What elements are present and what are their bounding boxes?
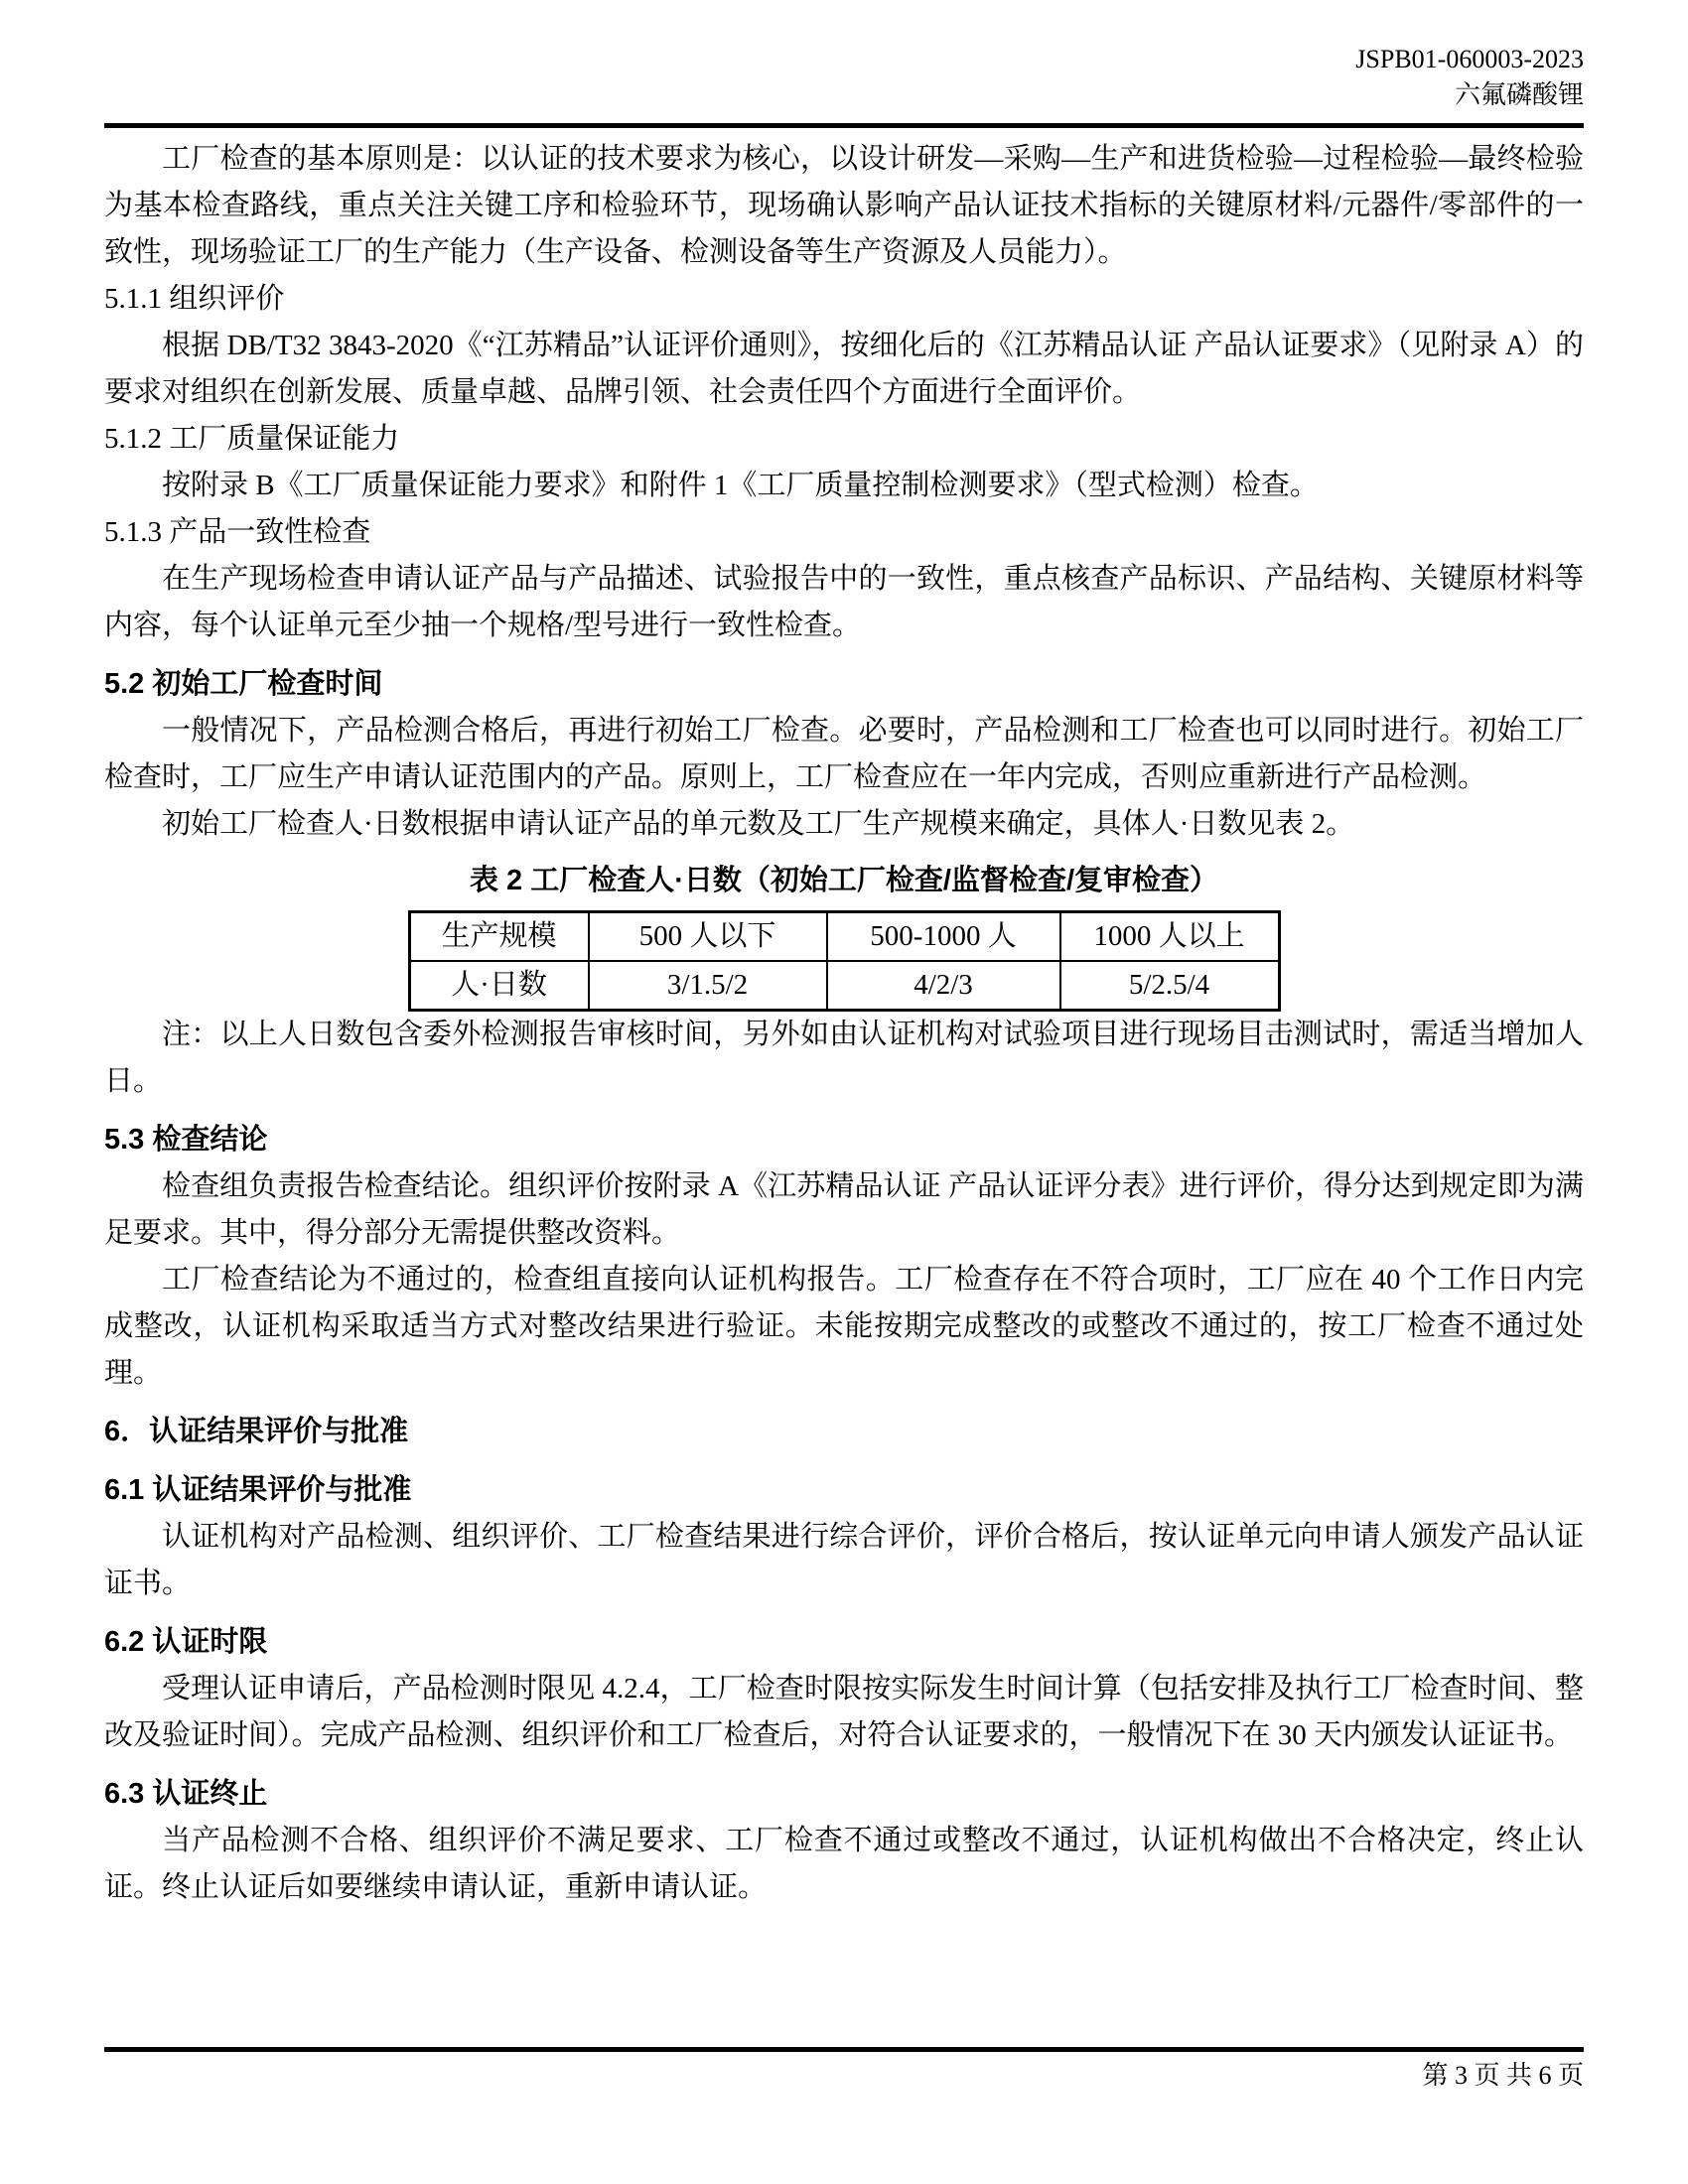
heading-6-1: 6.1 认证结果评价与批准 [104,1467,1584,1514]
document-page: JSPB01-060003-2023 六氟磷酸锂 工厂检查的基本原则是：以认证的… [104,0,1584,1911]
table-row-values: 人·日数 3/1.5/2 4/2/3 5/2.5/4 [409,961,1279,1011]
cell-value-500-1000: 4/2/3 [827,961,1060,1011]
paragraph-5-2-a: 一般情况下，产品检测合格后，再进行初始工厂检查。必要时，产品检测和工厂检查也可以… [104,708,1584,801]
table-row-header: 生产规模 500 人以下 500-1000 人 1000 人以上 [409,912,1279,962]
doc-number: JSPB01-060003-2023 [104,42,1584,77]
cell-500-1000: 500-1000 人 [827,912,1060,962]
cell-scale-label: 生产规模 [409,912,589,962]
cell-person-days-label: 人·日数 [409,961,589,1011]
heading-5-1-1: 5.1.1 组织评价 [104,276,1584,323]
paragraph-6-1: 认证机构对产品检测、组织评价、工厂检查结果进行综合评价，评价合格后，按认证单元向… [104,1514,1584,1607]
cell-value-under-500: 3/1.5/2 [589,961,827,1011]
paragraph-5-2-b: 初始工厂检查人·日数根据申请认证产品的单元数及工厂生产规模来确定，具体人·日数见… [104,801,1584,848]
doc-product-title: 六氟磷酸锂 [104,77,1584,113]
cell-over-1000: 1000 人以上 [1060,912,1280,962]
heading-6-3: 6.3 认证终止 [104,1771,1584,1818]
footer-rule [104,2047,1584,2052]
intro-paragraph: 工厂检查的基本原则是：以认证的技术要求为核心，以设计研发—采购—生产和进货检验—… [104,136,1584,276]
paragraph-5-1-1: 根据 DB/T32 3843-2020《“江苏精品”认证评价通则》，按细化后的《… [104,323,1584,416]
table-2-caption: 表 2 工厂检查人·日数（初始工厂检查/监督检查/复审检查） [104,858,1584,904]
table-2-person-days: 生产规模 500 人以下 500-1000 人 1000 人以上 人·日数 3/… [408,910,1281,1012]
paragraph-5-3-b: 工厂检查结论为不通过的，检查组直接向认证机构报告。工厂检查存在不符合项时，工厂应… [104,1257,1584,1397]
heading-6-2: 6.2 认证时限 [104,1619,1584,1666]
heading-5-1-3: 5.1.3 产品一致性检查 [104,509,1584,556]
document-body: 工厂检查的基本原则是：以认证的技术要求为核心，以设计研发—采购—生产和进货检验—… [104,136,1584,1911]
heading-6: 6．认证结果评价与批准 [104,1409,1584,1455]
header-rule [104,123,1584,128]
paragraph-5-3-a: 检查组负责报告检查结论。组织评价按附录 A《江苏精品认证 产品认证评分表》进行评… [104,1163,1584,1257]
paragraph-5-1-2: 按附录 B《工厂质量保证能力要求》和附件 1《工厂质量控制检测要求》（型式检测）… [104,463,1584,509]
heading-5-3: 5.3 检查结论 [104,1117,1584,1163]
paragraph-5-1-3: 在生产现场检查申请认证产品与产品描述、试验报告中的一致性，重点核查产品标识、产品… [104,556,1584,649]
document-header: JSPB01-060003-2023 六氟磷酸锂 [104,0,1584,113]
document-footer: 第 3 页 共 6 页 [104,2047,1584,2096]
heading-5-2: 5.2 初始工厂检查时间 [104,661,1584,708]
cell-under-500: 500 人以下 [589,912,827,962]
table-2-note: 注：以上人日数包含委外检测报告审核时间，另外如由认证机构对试验项目进行现场目击测… [104,1012,1584,1105]
heading-5-1-2: 5.1.2 工厂质量保证能力 [104,416,1584,463]
paragraph-6-2: 受理认证申请后，产品检测时限见 4.2.4，工厂检查时限按实际发生时间计算（包括… [104,1666,1584,1759]
paragraph-6-3: 当产品检测不合格、组织评价不满足要求、工厂检查不通过或整改不通过，认证机构做出不… [104,1818,1584,1911]
page-number: 第 3 页 共 6 页 [104,2056,1584,2096]
cell-value-over-1000: 5/2.5/4 [1060,961,1280,1011]
